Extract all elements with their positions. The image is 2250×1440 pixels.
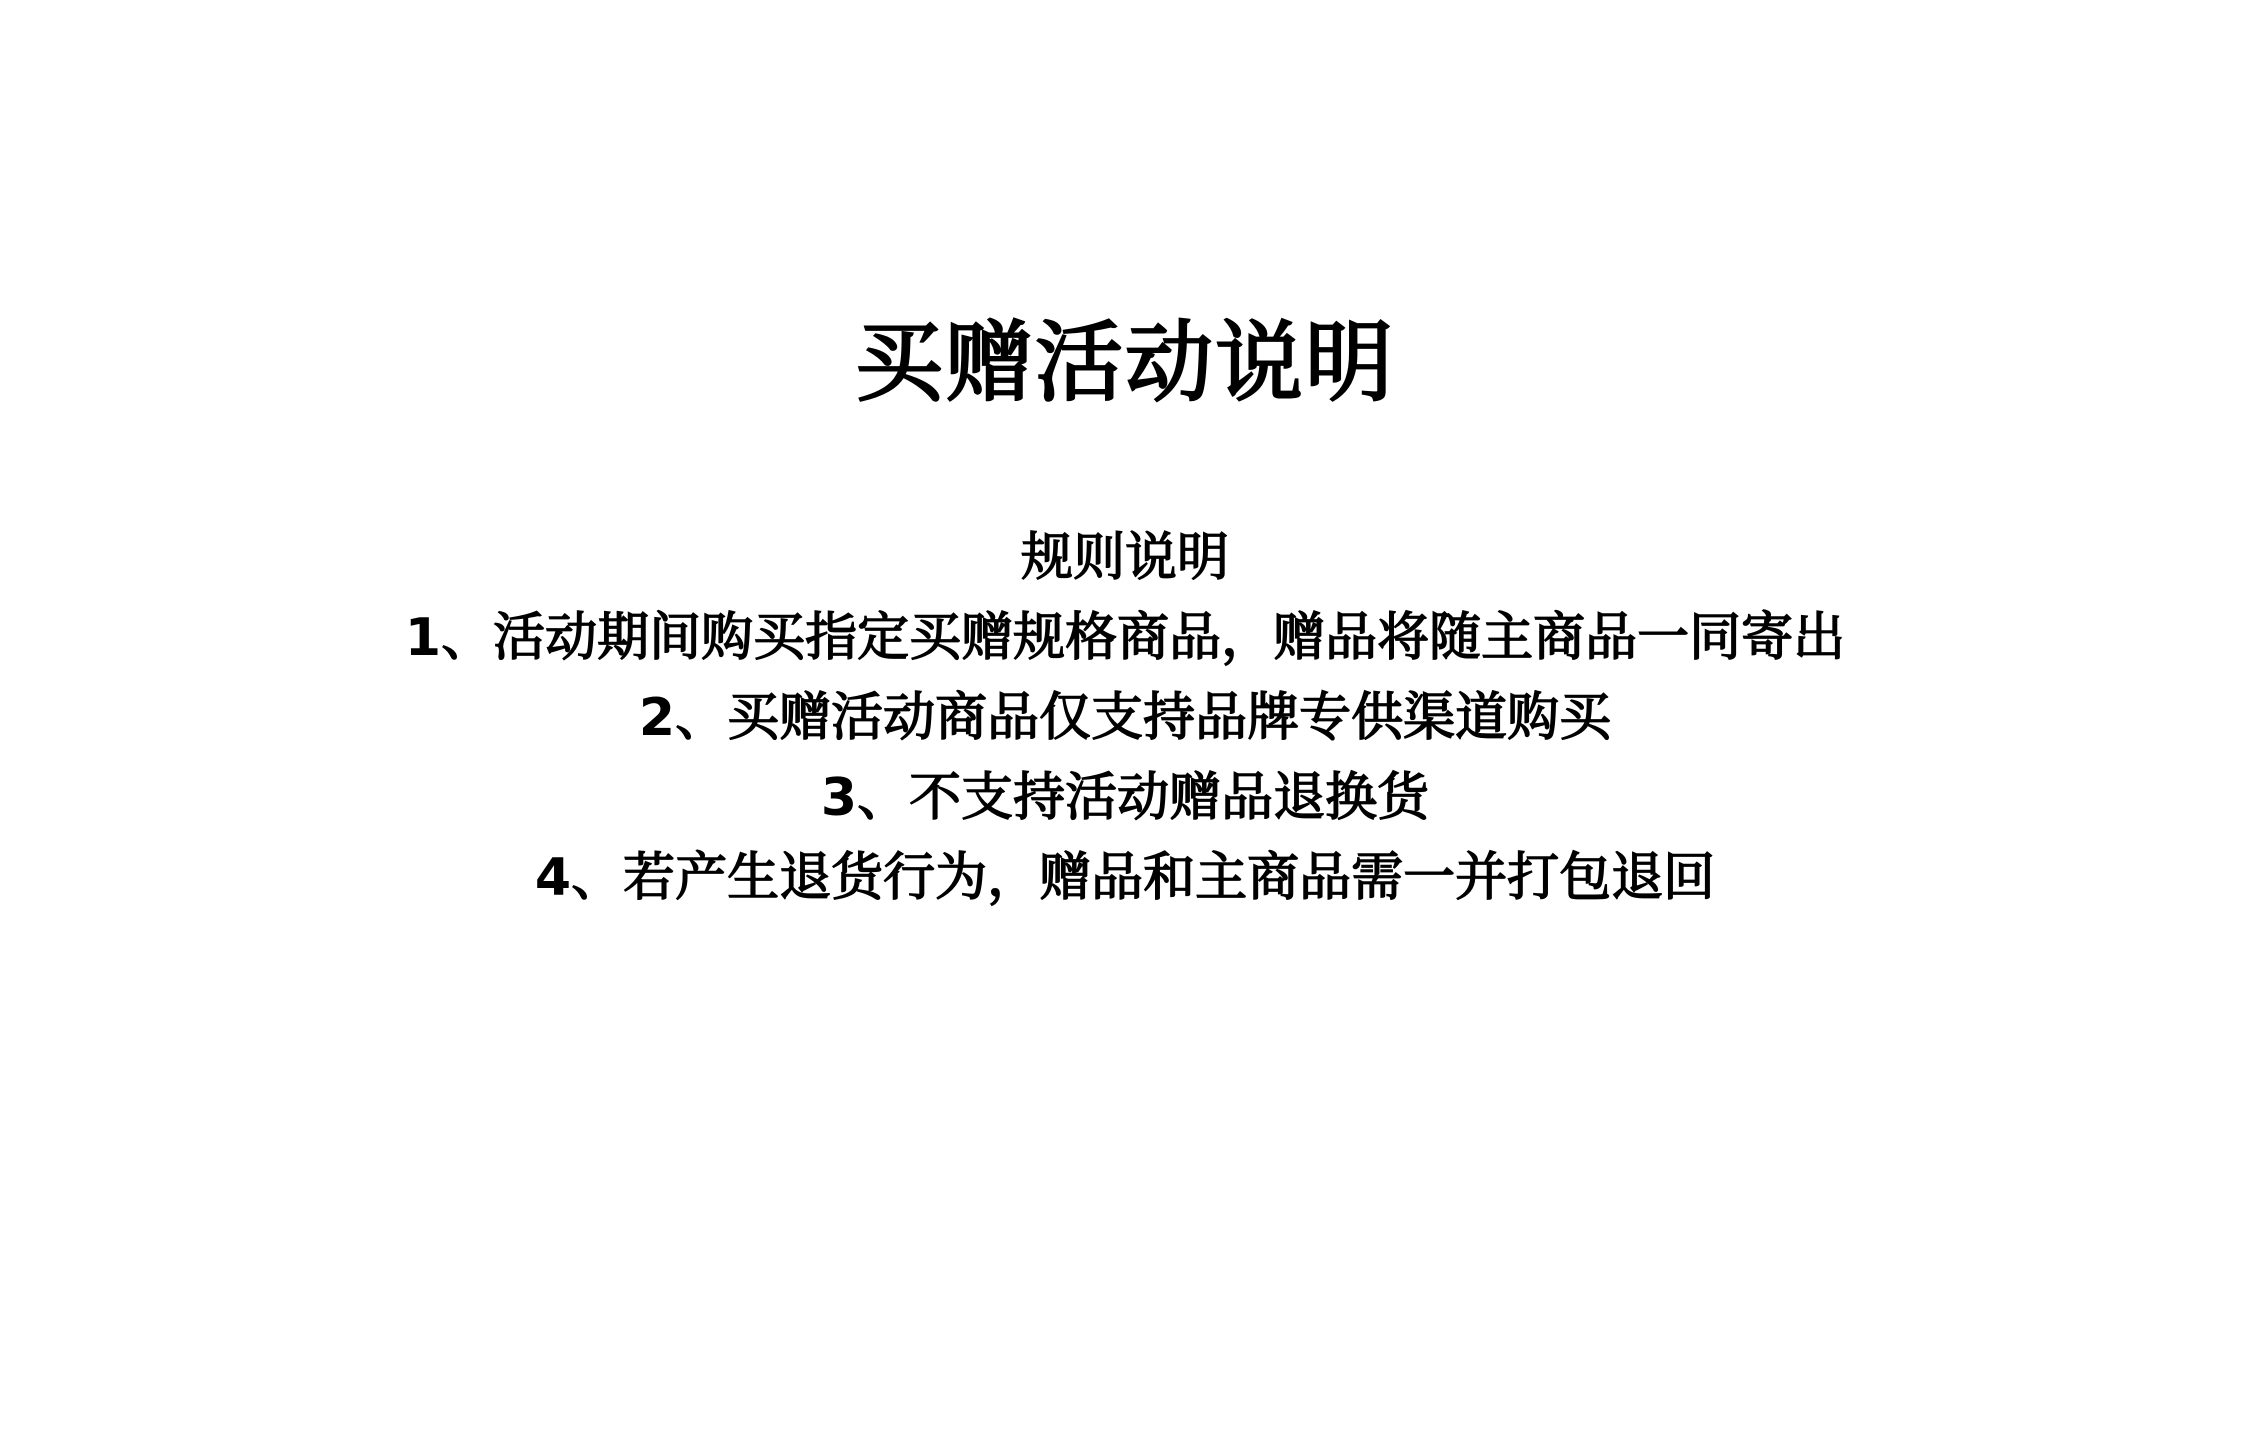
rule-item-3: 3、不支持活动赠品退换货 — [0, 758, 2250, 838]
promo-rules-page: 买赠活动说明 规则说明 1、活动期间购买指定买赠规格商品，赠品将随主商品一同寄出… — [0, 0, 2250, 1440]
rule-item-2: 2、买赠活动商品仅支持品牌专供渠道购买 — [0, 678, 2250, 758]
rule-item-1: 1、活动期间购买指定买赠规格商品，赠品将随主商品一同寄出 — [0, 598, 2250, 678]
rules-heading: 规则说明 — [0, 518, 2250, 598]
rules-section: 规则说明 1、活动期间购买指定买赠规格商品，赠品将随主商品一同寄出 2、买赠活动… — [0, 518, 2250, 918]
rule-item-4: 4、若产生退货行为，赠品和主商品需一并打包退回 — [0, 838, 2250, 918]
page-title: 买赠活动说明 — [0, 305, 2250, 421]
